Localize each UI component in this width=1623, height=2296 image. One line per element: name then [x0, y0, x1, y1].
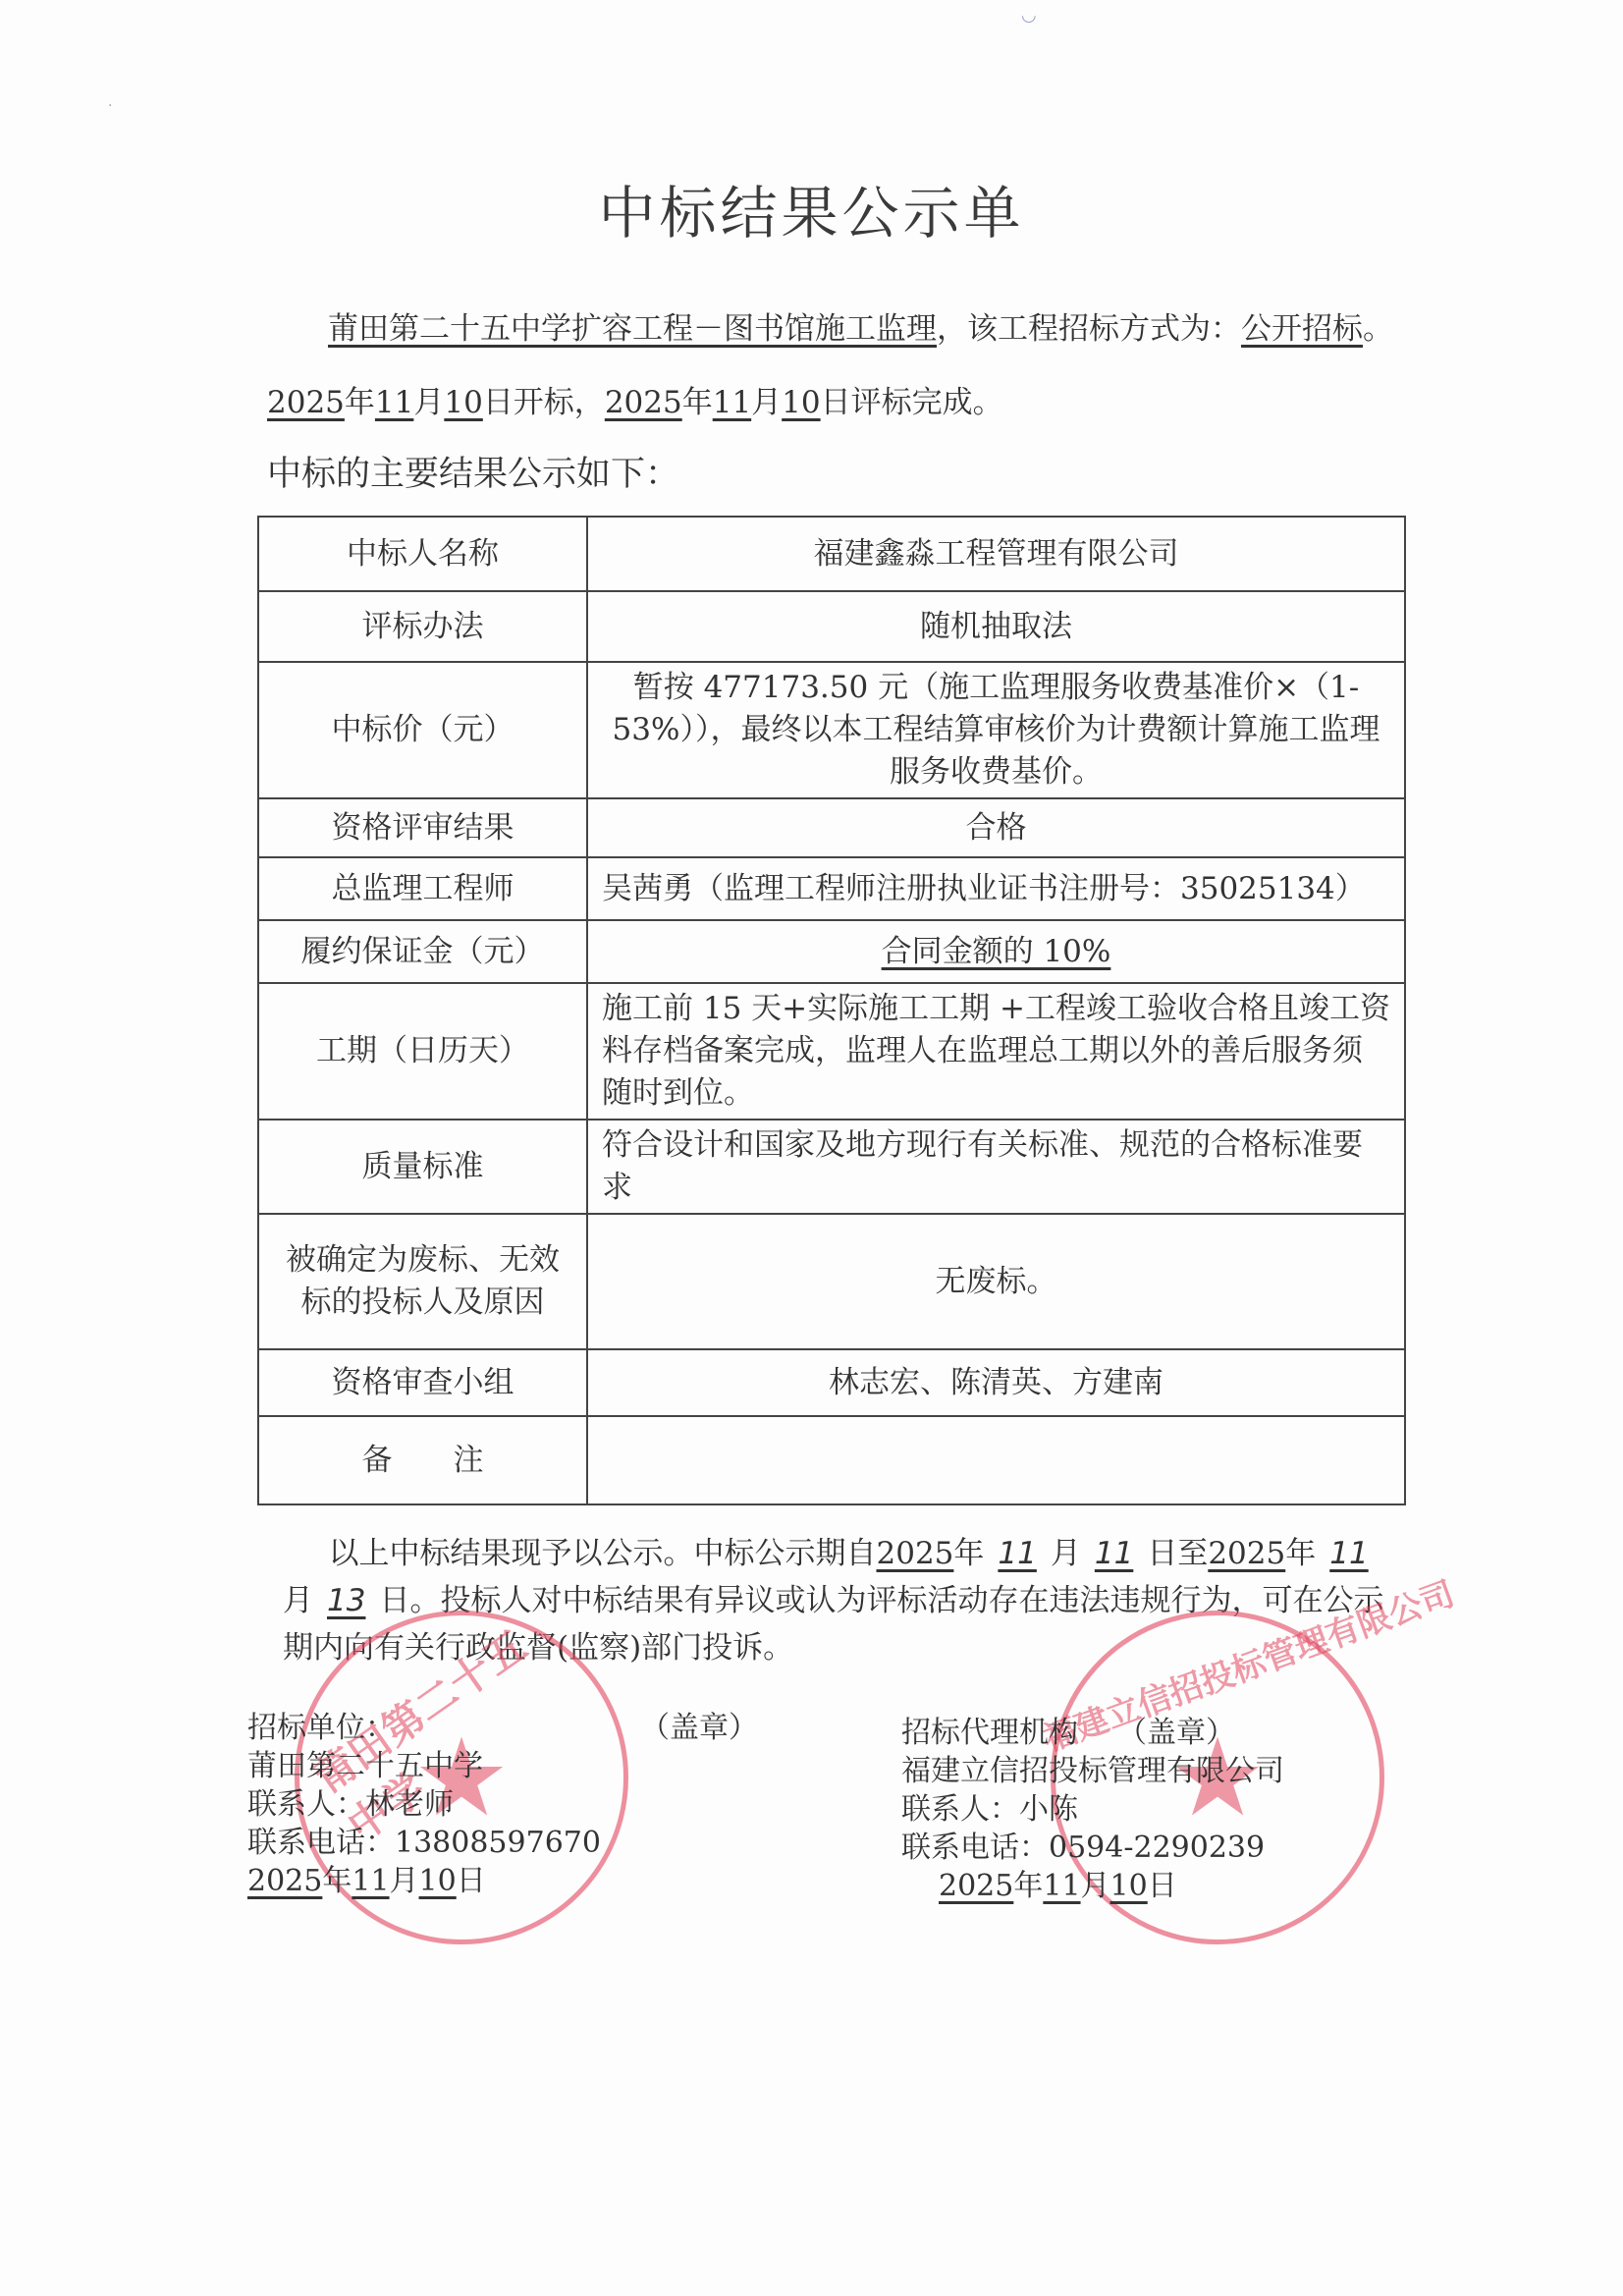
row-value-invalid-bids: 无废标。	[587, 1214, 1405, 1349]
eval-year: 2025	[605, 385, 682, 420]
row-key-quality: 质量标准	[258, 1120, 587, 1214]
results-table: 中标人名称 福建鑫淼工程管理有限公司 评标办法 随机抽取法 中标价（元） 暂按 …	[257, 516, 1406, 1505]
eval-month: 11	[713, 385, 751, 420]
row-value-bid-price: 暂按 477173.50 元（施工监理服务收费基准价×（1-53%）），最终以本…	[587, 662, 1405, 798]
table-row: 中标人名称 福建鑫淼工程管理有限公司	[258, 517, 1405, 591]
row-key-chief-engineer: 总监理工程师	[258, 857, 587, 920]
tenderer-name: 莆田第二十五中学	[247, 1747, 797, 1785]
row-value-remarks	[587, 1416, 1405, 1504]
table-row: 质量标准 符合设计和国家及地方现行有关标准、规范的合格标准要求	[258, 1120, 1405, 1214]
agency-seal-label: （盖章）	[1117, 1716, 1235, 1750]
from-year: 2025	[877, 1536, 954, 1571]
tenderer-seal-label: （盖章）	[640, 1711, 758, 1745]
table-row: 履约保证金（元） 合同金额的 10%	[258, 920, 1405, 983]
to-year: 2025	[1208, 1536, 1285, 1571]
tenderer-date: 2025年11月10日	[247, 1862, 797, 1900]
row-key-duration: 工期（日历天）	[258, 983, 587, 1120]
agency-label: 招标代理机构	[901, 1716, 1078, 1750]
from-day: 11	[1081, 1536, 1147, 1571]
row-key-qualification: 资格评审结果	[258, 798, 587, 857]
agency-date: 2025年11月10日	[901, 1867, 1412, 1905]
tenderer-label: 招标单位：	[247, 1711, 395, 1745]
row-value-qualification: 合格	[587, 798, 1405, 857]
row-value-duration: 施工前 15 天+实际施工工期 +工程竣工验收合格且竣工资料存档备案完成，监理人…	[587, 983, 1405, 1120]
tenderer-phone: 联系电话：13808597670	[247, 1824, 797, 1862]
agency-phone: 联系电话：0594-2290239	[901, 1829, 1412, 1867]
row-value-quality: 符合设计和国家及地方现行有关标准、规范的合格标准要求	[587, 1120, 1405, 1214]
row-key-remarks: 备 注	[258, 1416, 587, 1504]
row-key-eval-method: 评标办法	[258, 591, 587, 662]
publicity-notice: 以上中标结果现予以公示。中标公示期自2025年11月11日至2025年11月13…	[283, 1530, 1392, 1671]
page-title: 中标结果公示单	[0, 167, 1623, 249]
row-value-eval-method: 随机抽取法	[587, 591, 1405, 662]
to-day: 13	[313, 1583, 379, 1618]
tenderer-block: 招标单位：（盖章） 莆田第二十五中学 联系人：林老师 联系电话：13808597…	[247, 1709, 797, 1900]
table-row: 评标办法 随机抽取法	[258, 591, 1405, 662]
intro-paragraph: 莆田第二十五中学扩容工程－图书馆施工监理，该工程招标方式为：公开招标。2025年…	[267, 293, 1396, 440]
agency-block: 招标代理机构（盖章） 福建立信招投标管理有限公司 联系人：小陈 联系电话：059…	[901, 1714, 1412, 1905]
results-subheading: 中标的主要结果公示如下：	[267, 447, 679, 496]
table-row: 资格评审结果 合格	[258, 798, 1405, 857]
row-key-performance-bond: 履约保证金（元）	[258, 920, 587, 983]
open-month: 11	[375, 385, 413, 420]
row-value-review-panel: 林志宏、陈清英、方建南	[587, 1349, 1405, 1416]
agency-contact: 联系人：小陈	[901, 1790, 1412, 1829]
table-row: 被确定为废标、无效标的投标人及原因 无废标。	[258, 1214, 1405, 1349]
project-name: 莆田第二十五中学扩容工程－图书馆施工监理	[328, 311, 937, 347]
row-key-review-panel: 资格审查小组	[258, 1349, 587, 1416]
open-year: 2025	[267, 385, 345, 420]
table-row: 中标价（元） 暂按 477173.50 元（施工监理服务收费基准价×（1-53%…	[258, 662, 1405, 798]
row-key-winner: 中标人名称	[258, 517, 587, 591]
scan-artifact: ·	[108, 98, 112, 114]
table-row: 备 注	[258, 1416, 1405, 1504]
eval-day: 10	[782, 385, 820, 420]
row-value-performance-bond: 合同金额的 10%	[587, 920, 1405, 983]
row-key-invalid-bids: 被确定为废标、无效标的投标人及原因	[258, 1214, 587, 1349]
to-month: 11	[1316, 1536, 1381, 1571]
tenderer-contact: 联系人：林老师	[247, 1785, 797, 1824]
row-value-chief-engineer: 吴茜勇（监理工程师注册执业证书注册号：35025134）	[587, 857, 1405, 920]
table-row: 资格审查小组 林志宏、陈清英、方建南	[258, 1349, 1405, 1416]
agency-name: 福建立信招投标管理有限公司	[901, 1752, 1412, 1790]
row-key-bid-price: 中标价（元）	[258, 662, 587, 798]
tender-method: 公开招标	[1241, 311, 1363, 347]
open-day: 10	[444, 385, 482, 420]
table-row: 工期（日历天） 施工前 15 天+实际施工工期 +工程竣工验收合格且竣工资料存档…	[258, 983, 1405, 1120]
scan-artifact: ◡	[1021, 5, 1037, 26]
row-value-winner: 福建鑫淼工程管理有限公司	[587, 517, 1405, 591]
table-row: 总监理工程师 吴茜勇（监理工程师注册执业证书注册号：35025134）	[258, 857, 1405, 920]
from-month: 11	[984, 1536, 1050, 1571]
